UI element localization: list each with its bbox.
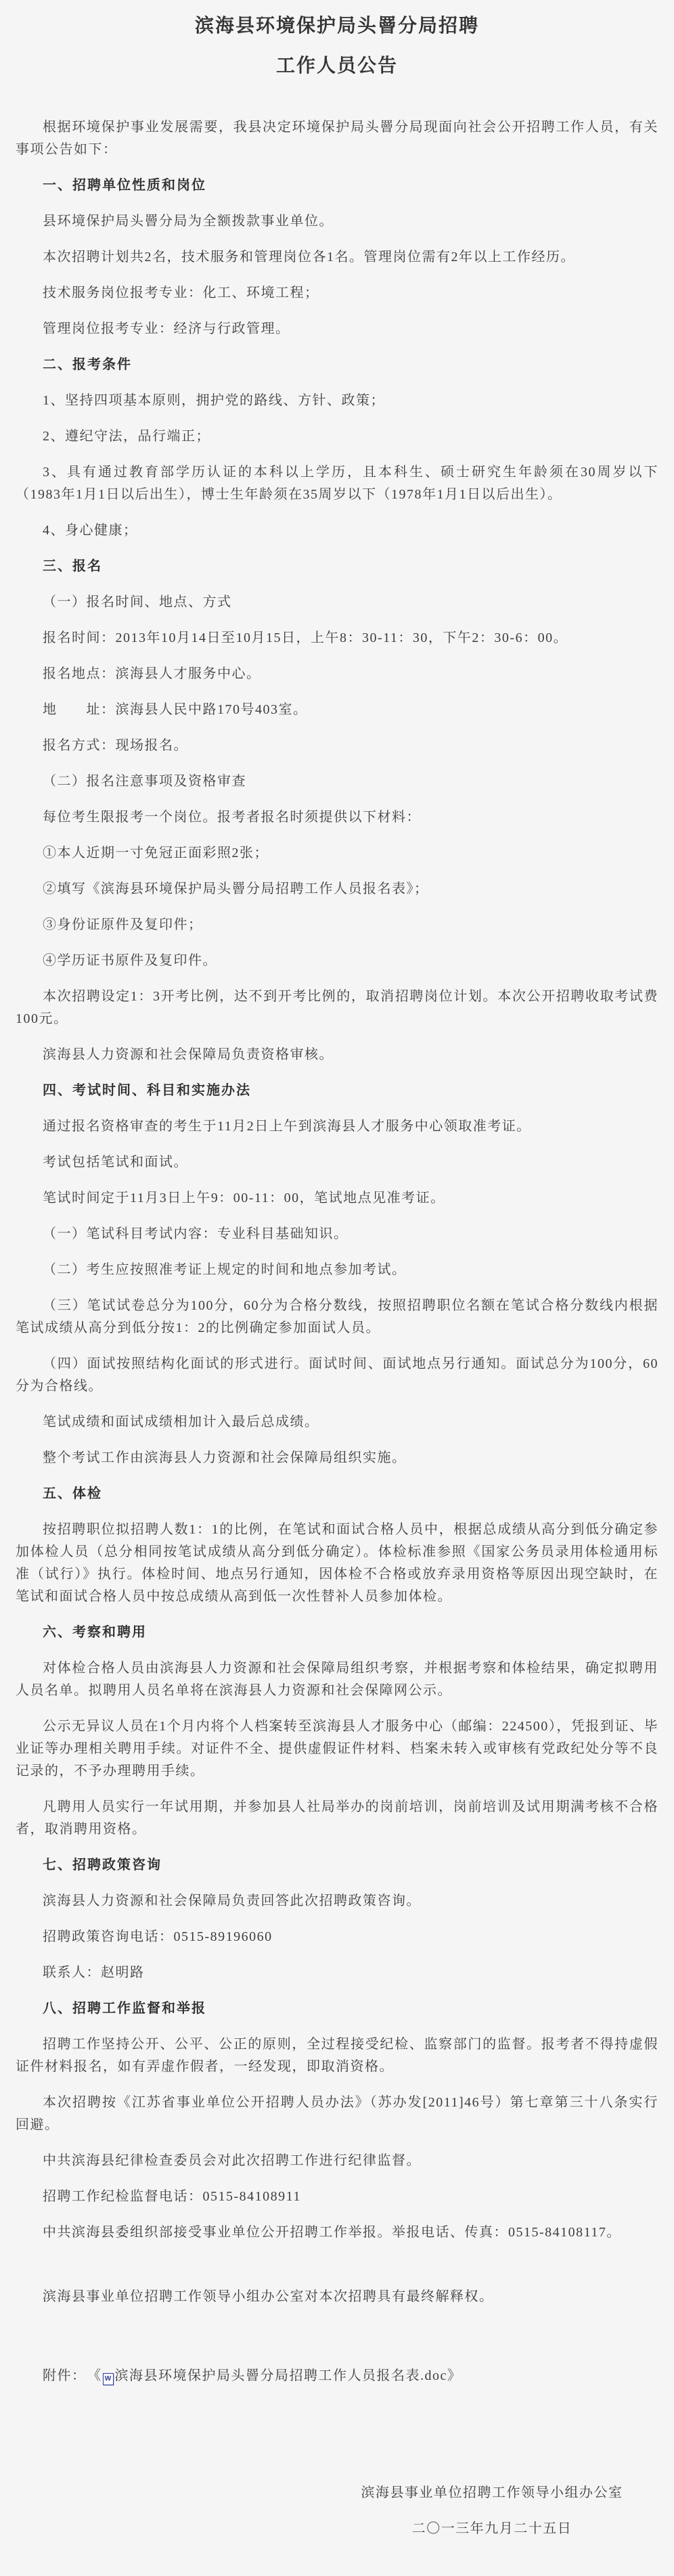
paragraph: （二）考生应按照准考证上规定的时间和地点参加考试。 — [16, 1259, 658, 1281]
paragraph: 联系人：赵明路 — [16, 1962, 658, 1984]
paragraph: 按招聘职位拟招聘人数1：1的比例，在笔试和面试合格人员中，根据总成绩从高分到低分… — [16, 1519, 658, 1608]
paragraph: 滨海县事业单位招聘工作领导小组办公室对本次招聘具有最终解释权。 — [16, 2286, 658, 2308]
paragraph: 招聘工作纪检监督电话：0515-84108911 — [16, 2186, 658, 2208]
section-heading: 二、报考条件 — [16, 354, 658, 376]
paragraph: 管理岗位报考专业：经济与行政管理。 — [16, 318, 658, 340]
paragraph: 2、遵纪守法，品行端正； — [16, 425, 658, 448]
paragraph: 对体检合格人员由滨海县人力资源和社会保障局组织考察，并根据考察和体检结果，确定拟… — [16, 1657, 658, 1702]
paragraph: 地 址：滨海县人民中路170号403室。 — [16, 699, 658, 721]
paragraph: 笔试时间定于11月3日上午9：00-11：00，笔试地点见准考证。 — [16, 1187, 658, 1210]
page-title: 滨海县环境保护局头罾分局招聘 工作人员公告 — [16, 5, 658, 85]
paragraph: 1、坚持四项基本原则，拥护党的路线、方针、政策； — [16, 390, 658, 412]
paragraph: （三）笔试试卷总分为100分，60分为合格分数线，按照招聘职位名额在笔试合格分数… — [16, 1295, 658, 1339]
paragraph: 滨海县人力资源和社会保障局负责回答此次招聘政策咨询。 — [16, 1890, 658, 1912]
paragraph: 报名地点：滨海县人才服务中心。 — [16, 663, 658, 685]
paragraph: （一）笔试科目考试内容：专业科目基础知识。 — [16, 1223, 658, 1245]
attachment-line: 附件： 《W滨海县环境保护局头罾分局招聘工作人员报名表.doc》 — [16, 2365, 658, 2387]
document-body: 根据环境保护事业发展需要，我县决定环境保护局头罾分局现面向社会公开招聘工作人员，… — [16, 116, 658, 2308]
paragraph: 4、身心健康； — [16, 520, 658, 542]
attachment-link[interactable]: 滨海县环境保护局头罾分局招聘工作人员报名表.doc — [115, 2368, 447, 2383]
paragraph: 本次招聘设定1：3开考比例，达不到开考比例的，取消招聘岗位计划。本次公开招聘收取… — [16, 986, 658, 1030]
signature-block: 滨海县事业单位招聘工作领导小组办公室 二〇一三年九月二十五日 — [353, 2482, 631, 2540]
paragraph-spacer — [16, 2257, 658, 2286]
section-heading: 五、体检 — [16, 1483, 658, 1505]
section-heading: 六、考察和聘用 — [16, 1621, 658, 1644]
attachment-close-quote: 》 — [447, 2368, 462, 2383]
section-heading: 四、考试时间、科目和实施办法 — [16, 1080, 658, 1102]
paragraph: 根据环境保护事业发展需要，我县决定环境保护局头罾分局现面向社会公开招聘工作人员，… — [16, 116, 658, 161]
signature-date: 二〇一三年九月二十五日 — [353, 2518, 631, 2540]
page-title-line2: 工作人员公告 — [16, 45, 658, 85]
paragraph: 招聘工作坚持公开、公平、公正的原则，全过程接受纪检、监察部门的监督。报考者不得持… — [16, 2033, 658, 2078]
paragraph: 中共滨海县委组织部接受事业单位公开招聘工作举报。举报电话、传真：0515-841… — [16, 2222, 658, 2244]
attachment-label: 附件： — [43, 2368, 80, 2383]
announcement-page: 滨海县环境保护局头罾分局招聘 工作人员公告 根据环境保护事业发展需要，我县决定环… — [0, 0, 674, 2576]
word-doc-icon: W — [103, 2373, 114, 2385]
paragraph: （二）报名注意事项及资格审查 — [16, 770, 658, 793]
paragraph: 中共滨海县纪律检查委员会对此次招聘工作进行纪律监督。 — [16, 2150, 658, 2172]
paragraph: 县环境保护局头罾分局为全额拨款事业单位。 — [16, 210, 658, 233]
paragraph: 技术服务岗位报考专业：化工、环境工程； — [16, 282, 658, 304]
paragraph: 本次招聘计划共2名，技术服务和管理岗位各1名。管理岗位需有2年以上工作经历。 — [16, 246, 658, 269]
paragraph: 凡聘用人员实行一年试用期，并参加县人社局举办的岗前培训，岗前培训及试用期满考核不… — [16, 1796, 658, 1841]
paragraph: 通过报名资格审查的考生于11月2日上午到滨海县人才服务中心领取准考证。 — [16, 1115, 658, 1138]
paragraph: 滨海县人力资源和社会保障局负责资格审核。 — [16, 1044, 658, 1066]
paragraph: 笔试成绩和面试成绩相加计入最后总成绩。 — [16, 1411, 658, 1433]
paragraph: （一）报名时间、地点、方式 — [16, 591, 658, 614]
paragraph: 报名时间：2013年10月14日至10月15日，上午8：30-11：30，下午2… — [16, 627, 658, 649]
paragraph: （四）面试按照结构化面试的形式进行。面试时间、面试地点另行通知。面试总分为100… — [16, 1353, 658, 1398]
section-heading: 三、报名 — [16, 555, 658, 578]
section-heading: 八、招聘工作监督和举报 — [16, 1998, 658, 2020]
paragraph: ①本人近期一寸免冠正面彩照2张； — [16, 842, 658, 865]
paragraph: ②填写《滨海县环境保护局头罾分局招聘工作人员报名表》； — [16, 878, 658, 900]
paragraph: 公示无异议人员在1个月内将个人档案转至滨海县人才服务中心（邮编：224500），… — [16, 1716, 658, 1782]
page-title-line1: 滨海县环境保护局头罾分局招聘 — [16, 5, 658, 45]
paragraph: 本次招聘按《江苏省事业单位公开招聘人员办法》（苏办发[2011]46号）第七章第… — [16, 2092, 658, 2136]
paragraph: 考试包括笔试和面试。 — [16, 1151, 658, 1174]
paragraph: 3、具有通过教育部学历认证的本科以上学历，且本科生、硕士研究生年龄须在30周岁以… — [16, 461, 658, 506]
paragraph: 报名方式：现场报名。 — [16, 735, 658, 757]
signature-office: 滨海县事业单位招聘工作领导小组办公室 — [353, 2482, 631, 2504]
section-heading: 七、招聘政策咨询 — [16, 1854, 658, 1877]
paragraph: ③身份证原件及复印件； — [16, 914, 658, 936]
paragraph: ④学历证书原件及复印件。 — [16, 950, 658, 972]
attachment-open-quote: 《 — [94, 2368, 102, 2383]
paragraph: 招聘政策咨询电话：0515-89196060 — [16, 1926, 658, 1948]
section-heading: 一、招聘单位性质和岗位 — [16, 175, 658, 197]
paragraph: 整个考试工作由滨海县人力资源和社会保障局组织实施。 — [16, 1447, 658, 1469]
paragraph: 每位考生限报考一个岗位。报考者报名时须提供以下材料： — [16, 806, 658, 829]
